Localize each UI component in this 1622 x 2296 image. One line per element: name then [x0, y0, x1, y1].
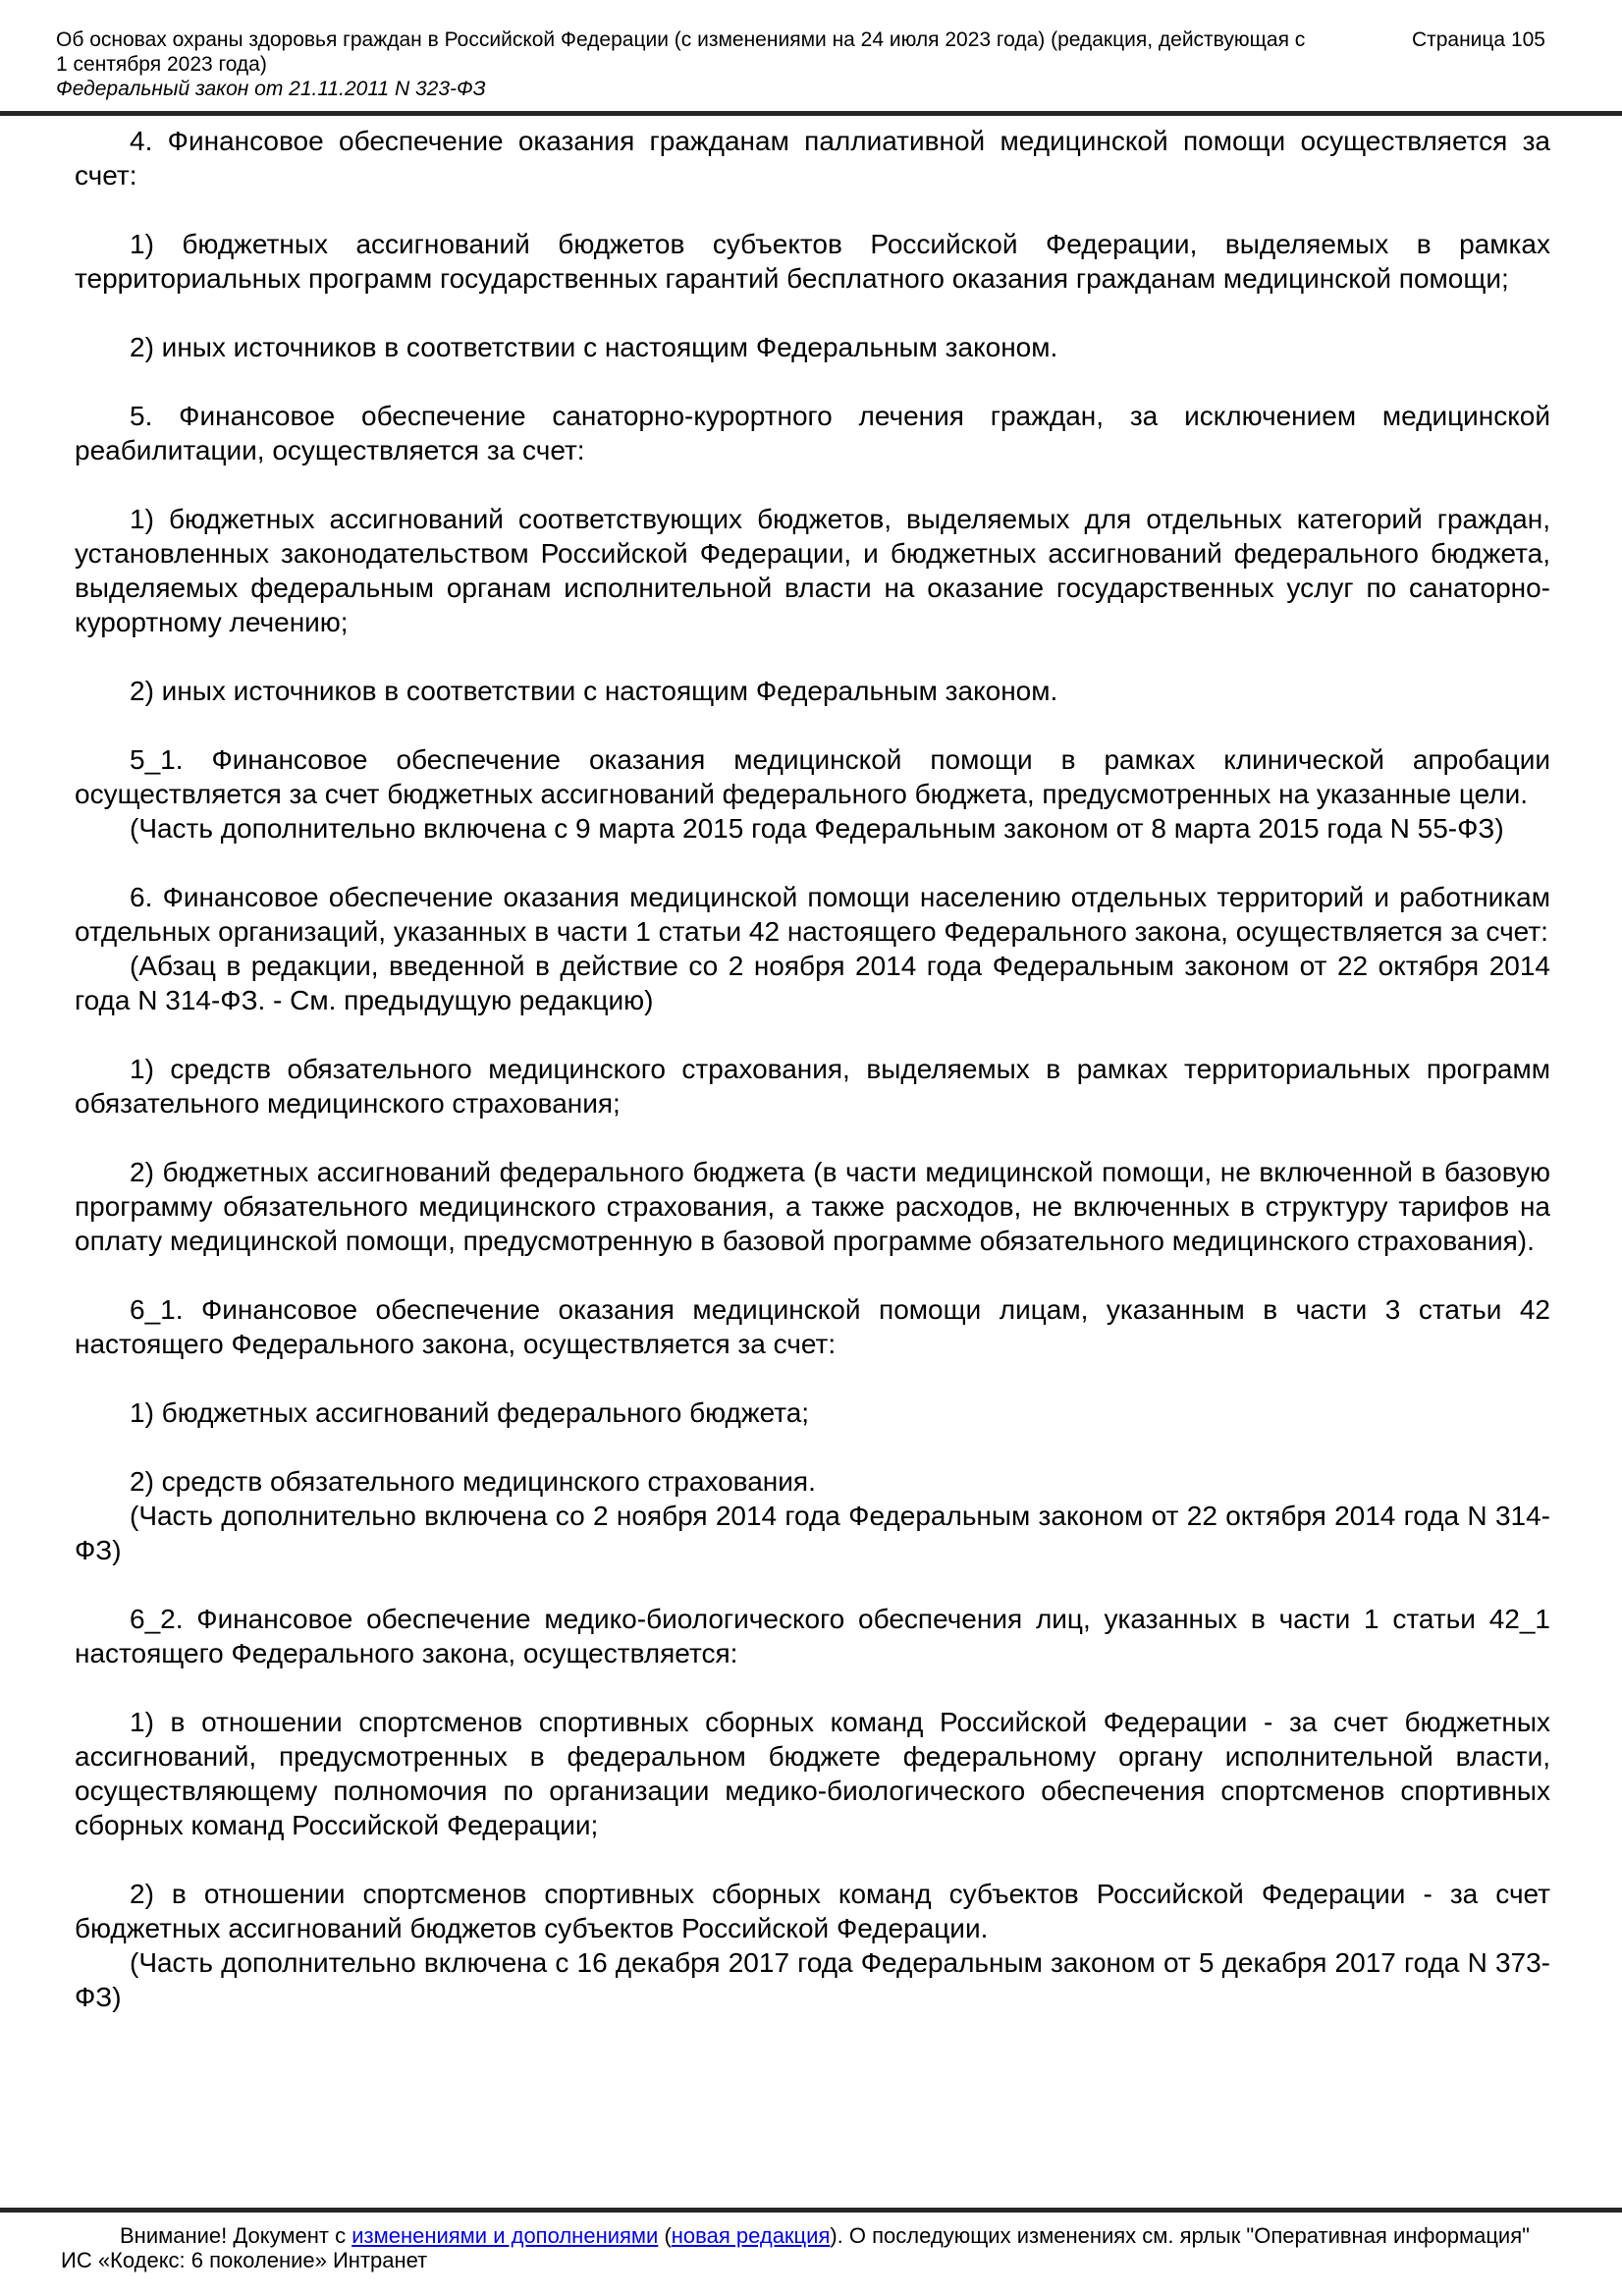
paragraph: 2) средств обязательного медицинского ст… — [75, 1464, 1550, 1499]
paragraph: 2) иных источников в соответствии с наст… — [75, 330, 1550, 364]
paragraph: 2) иных источников в соответствии с наст… — [75, 674, 1550, 708]
document-subtitle: Федеральный закон от 21.11.2011 N 323-ФЗ — [56, 77, 1545, 101]
paragraph: 1) бюджетных ассигнований бюджетов субъе… — [75, 227, 1550, 296]
notice-middle: ( — [658, 2223, 671, 2248]
paragraph: 6_1. Финансовое обеспечение оказания мед… — [75, 1292, 1550, 1361]
paragraph: 1) в отношении спортсменов спортивных сб… — [75, 1705, 1550, 1842]
notice-prefix: Внимание! Документ с — [120, 2223, 351, 2248]
paragraph: 2) бюджетных ассигнований федерального б… — [75, 1155, 1550, 1258]
paragraph: 6_2. Финансовое обеспечение медико-биоло… — [75, 1602, 1550, 1670]
changes-and-additions-link[interactable]: изменениями и дополнениями — [351, 2223, 658, 2248]
page-number-label: Страница 105 — [1412, 27, 1545, 52]
page-header: Об основах охраны здоровья граждан в Рос… — [0, 0, 1622, 111]
paragraph: (Абзац в редакции, введенной в действие … — [75, 949, 1550, 1017]
paragraph: 1) бюджетных ассигнований федерального б… — [75, 1395, 1550, 1430]
paragraph: 5. Финансовое обеспечение санаторно-куро… — [75, 399, 1550, 467]
system-label: ИС «Кодекс: 6 поколение» Интранет — [61, 2248, 1548, 2272]
paragraph: 4. Финансовое обеспечение оказания гражд… — [75, 124, 1550, 192]
paragraph: 1) средств обязательного медицинского ст… — [75, 1052, 1550, 1121]
paragraph: (Часть дополнительно включена с 16 декаб… — [75, 1945, 1550, 2014]
paragraph: 6. Финансовое обеспечение оказания медиц… — [75, 880, 1550, 949]
paragraph: 5_1. Финансовое обеспечение оказания мед… — [75, 742, 1550, 811]
notice-suffix: ). О последующих изменениях см. ярлык "О… — [830, 2223, 1530, 2248]
paragraph: 1) бюджетных ассигнований соответствующи… — [75, 502, 1550, 639]
new-edition-link[interactable]: новая редакция — [672, 2223, 831, 2248]
document-title: Об основах охраны здоровья граждан в Рос… — [56, 27, 1313, 77]
paragraph: 2) в отношении спортсменов спортивных сб… — [75, 1877, 1550, 1945]
paragraph: (Часть дополнительно включена с 9 марта … — [75, 811, 1550, 846]
document-page: Об основах охраны здоровья граждан в Рос… — [0, 0, 1622, 2296]
document-body: 4. Финансовое обеспечение оказания гражд… — [0, 116, 1622, 2208]
footer-notice: Внимание! Документ с изменениями и допол… — [61, 2223, 1548, 2248]
page-footer: Внимание! Документ с изменениями и допол… — [0, 2213, 1622, 2296]
paragraph: (Часть дополнительно включена со 2 ноябр… — [75, 1499, 1550, 1567]
